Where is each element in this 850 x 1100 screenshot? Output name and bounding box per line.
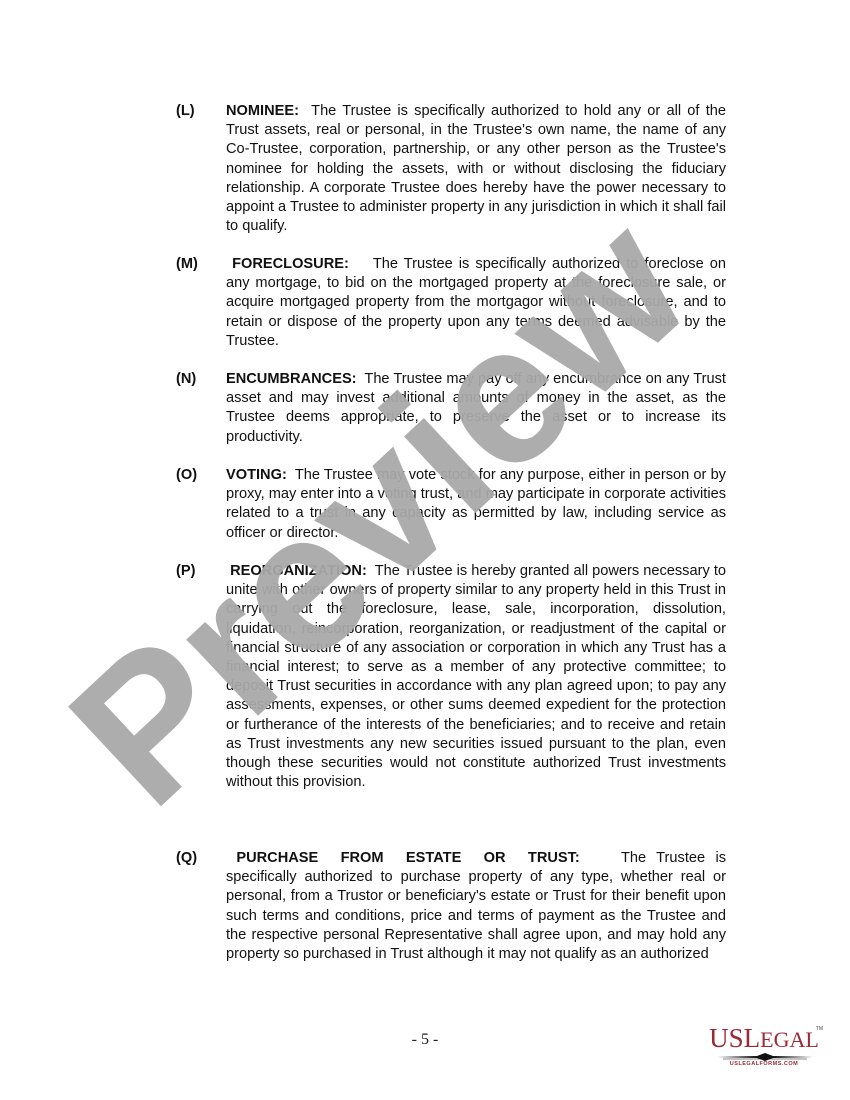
section-reorganization: (P) REORGANIZATION: The Trustee is hereb… <box>176 562 726 792</box>
section-label: (Q) <box>176 849 197 868</box>
section-text: The Trustee may vote stock for any purpo… <box>226 467 726 541</box>
section-body: REORGANIZATION: The Trustee is hereby gr… <box>226 562 726 792</box>
section-heading: NOMINEE: <box>226 103 299 119</box>
section-nominee: (L) NOMINEE: The Trustee is specifically… <box>176 102 726 236</box>
section-heading: PURCHASE FROM ESTATE OR TRUST: <box>236 850 579 866</box>
trademark-mark: TM <box>816 1026 823 1032</box>
section-label: (L) <box>176 102 195 121</box>
section-heading: REORGANIZATION: <box>230 563 367 579</box>
section-text: The Trustee is specifically authorized t… <box>226 850 726 962</box>
section-body: NOMINEE: The Trustee is specifically aut… <box>226 102 726 236</box>
section-heading: FORECLOSURE: <box>232 256 349 272</box>
section-label: (N) <box>176 370 196 389</box>
document-page: (L) NOMINEE: The Trustee is specifically… <box>0 0 850 1100</box>
section-purchase-from-estate: (Q) PURCHASE FROM ESTATE OR TRUST: The T… <box>176 849 726 964</box>
section-heading: VOTING: <box>226 467 287 483</box>
section-label: (O) <box>176 466 197 485</box>
logo-url: USLEGALFORMS.COM <box>705 1061 823 1067</box>
section-label: (P) <box>176 562 195 581</box>
section-body: FORECLOSURE: The Trustee is specifically… <box>226 255 726 351</box>
uslegal-logo: USLEGAL TM USLEGALFORMS.COM <box>705 1024 823 1072</box>
section-body: ENCUMBRANCES: The Trustee may pay off an… <box>226 370 726 447</box>
logo-wordmark: USLEGAL <box>705 1024 823 1054</box>
section-voting: (O) VOTING: The Trustee may vote stock f… <box>176 466 726 543</box>
section-body: PURCHASE FROM ESTATE OR TRUST: The Trust… <box>226 849 726 964</box>
section-body: VOTING: The Trustee may vote stock for a… <box>226 466 726 543</box>
section-text: The Trustee is hereby granted all powers… <box>226 563 726 790</box>
section-foreclosure: (M) FORECLOSURE: The Trustee is specific… <box>176 255 726 351</box>
section-label: (M) <box>176 255 198 274</box>
eagle-icon <box>715 1053 815 1061</box>
section-heading: ENCUMBRANCES: <box>226 371 357 387</box>
section-encumbrances: (N) ENCUMBRANCES: The Trustee may pay of… <box>176 370 726 447</box>
section-text: The Trustee is specifically authorized t… <box>226 103 726 234</box>
